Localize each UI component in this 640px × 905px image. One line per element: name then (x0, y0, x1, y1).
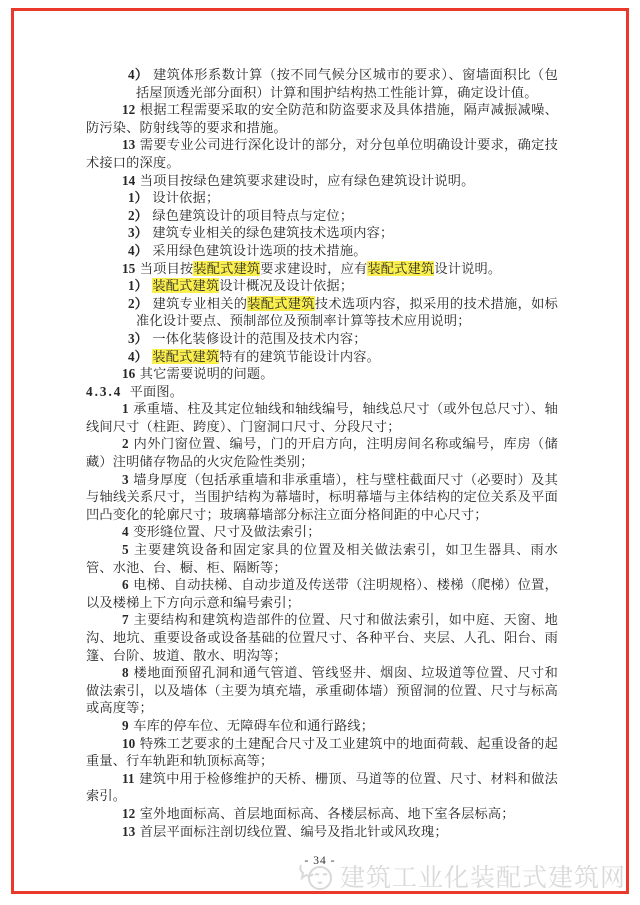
paragraph: 3墙身厚度（包括承重墙和非承重墙），柱与壁柱截面尺寸（必要时）及其与轴线关系尺寸… (86, 471, 558, 524)
paragraph: 14当项目按绿色建筑要求建设时，应有绿色建筑设计说明。 (86, 172, 558, 190)
highlighted-text: 装配式建筑 (193, 261, 260, 276)
highlighted-text: 装配式建筑 (152, 349, 219, 364)
paragraph-number: 8 (122, 665, 129, 680)
text-run: 其它需要说明的问题。 (140, 366, 274, 381)
text-run: 建筑中用于检修维护的天桥、栅顶、马道等的位置、尺寸、材料和做法索引。 (86, 771, 558, 804)
paragraph: 1）装配式建筑设计概况及设计依据； (86, 277, 558, 295)
text-run: 首层平面标注剖切线位置、编号及指北针或风玫瑰； (140, 824, 448, 839)
paragraph-number: 4） (128, 349, 148, 364)
text-run: 采用绿色建筑设计选项的技术措施。 (152, 243, 366, 258)
paragraph-number: 11 (122, 771, 134, 786)
paragraph: 5主要建筑设备和固定家具的位置及相关做法索引，如卫生器具、雨水管、水池、台、橱、… (86, 541, 558, 576)
text-run: 电梯、自动扶梯、自动步道及传送带（注明规格）、楼梯（爬梯）位置，以及楼梯上下方向… (86, 577, 558, 610)
text-run: 建筑体形系数计算（按不同气候分区城市的要求）、窗墙面积比（包括屋顶透光部分面积）… (136, 67, 558, 100)
paragraph: 15当项目按装配式建筑要求建设时，应有装配式建筑设计说明。 (86, 260, 558, 278)
text-run: 内外门窗位置、编号，门的开启方向，注明房间名称或编号，库房（储藏）注明储存物品的… (86, 436, 558, 469)
paragraph-number: 1） (128, 278, 148, 293)
paragraph: 13首层平面标注剖切线位置、编号及指北针或风玫瑰； (86, 823, 558, 841)
text-run: 建筑专业相关的 (153, 296, 248, 311)
text-run: 特有的建筑节能设计内容。 (219, 349, 380, 364)
paragraph: 3）建筑专业相关的绿色建筑技术选项内容； (86, 224, 558, 242)
paragraph-number: 13 (122, 824, 135, 839)
paragraph-number: 9 (122, 718, 129, 733)
paragraph: 2）建筑专业相关的装配式建筑技术选项内容，拟采用的技术措施，如标准化设计要点、预… (86, 295, 558, 330)
text-run: 平面图。 (130, 384, 184, 399)
paragraph-number: 2） (128, 296, 148, 311)
paragraph-number: 7 (122, 612, 129, 627)
text-run: 设计概况及设计依据； (219, 278, 353, 293)
watermark: 建筑工业化装配式建筑网 (298, 858, 626, 894)
paragraph: 16其它需要说明的问题。 (86, 365, 558, 383)
text-run: 需要专业公司进行深化设计的部分，对分包单位明确设计要求，确定技术接口的深度。 (86, 137, 558, 170)
paragraph-number: 2 (122, 436, 129, 451)
watermark-logo-icon (298, 859, 336, 893)
paragraph-number: 12 (122, 102, 135, 117)
highlighted-text: 装配式建筑 (367, 261, 434, 276)
paragraph-number: 6 (122, 577, 129, 592)
text-run: 一体化装修设计的范围及技术内容； (152, 331, 366, 346)
paragraph-number: 13 (122, 137, 135, 152)
paragraph: 4）采用绿色建筑设计选项的技术措施。 (86, 242, 558, 260)
text-run: 主要结构和建筑构造部件的位置、尺寸和做法索引，如中庭、天窗、地沟、地坑、重要设备… (86, 612, 558, 662)
text-run: 车库的停车位、无障碍车位和通行路线； (133, 718, 374, 733)
paragraph-number: 3） (128, 331, 148, 346)
paragraph: 1）设计依据； (86, 189, 558, 207)
document-body: 4）建筑体形系数计算（按不同气候分区城市的要求）、窗墙面积比（包括屋顶透光部分面… (86, 66, 558, 840)
highlighted-text: 装配式建筑 (152, 278, 219, 293)
paragraph: 13需要专业公司进行深化设计的部分，对分包单位明确设计要求，确定技术接口的深度。 (86, 136, 558, 171)
section-heading: 4.3.4平面图。 (86, 383, 558, 401)
text-run: 建筑专业相关的绿色建筑技术选项内容； (152, 225, 393, 240)
text-run: 当项目按绿色建筑要求建设时，应有绿色建筑设计说明。 (140, 173, 475, 188)
paragraph-number: 14 (122, 173, 135, 188)
paragraph-number: 1） (128, 190, 148, 205)
paragraph: 4）装配式建筑特有的建筑节能设计内容。 (86, 348, 558, 366)
paragraph: 2）绿色建筑设计的项目特点与定位； (86, 207, 558, 225)
text-run: 要求建设时，应有 (260, 261, 367, 276)
paragraph-number: 16 (122, 366, 135, 381)
text-run: 承重墙、柱及其定位轴线和轴线编号，轴线总尺寸（或外包总尺寸）、轴线间尺寸（柱距、… (86, 401, 558, 434)
paragraph: 2内外门窗位置、编号，门的开启方向，注明房间名称或编号，库房（储藏）注明储存物品… (86, 435, 558, 470)
paragraph-number: 4） (128, 243, 148, 258)
paragraph: 4变形缝位置、尺寸及做法索引； (86, 523, 558, 541)
paragraph: 12室外地面标高、首层地面标高、各楼层标高、地下室各层标高； (86, 805, 558, 823)
paragraph: 4）建筑体形系数计算（按不同气候分区城市的要求）、窗墙面积比（包括屋顶透光部分面… (86, 66, 558, 101)
paragraph: 1承重墙、柱及其定位轴线和轴线编号，轴线总尺寸（或外包总尺寸）、轴线间尺寸（柱距… (86, 400, 558, 435)
text-run: 特殊工艺要求的土建配合尺寸及工业建筑中的地面荷载、起重设备的起重量、行车轨距和轨… (86, 736, 558, 769)
paragraph-number: 3 (122, 472, 129, 487)
paragraph-number: 4.3.4 (86, 384, 122, 399)
paragraph: 9车库的停车位、无障碍车位和通行路线； (86, 717, 558, 735)
paragraph-number: 4） (128, 67, 148, 82)
paragraph: 3）一体化装修设计的范围及技术内容； (86, 330, 558, 348)
paragraph: 11建筑中用于检修维护的天桥、栅顶、马道等的位置、尺寸、材料和做法索引。 (86, 770, 558, 805)
paragraph: 10特殊工艺要求的土建配合尺寸及工业建筑中的地面荷载、起重设备的起重量、行车轨距… (86, 735, 558, 770)
paragraph-number: 5 (122, 542, 129, 557)
paragraph-number: 15 (122, 261, 135, 276)
text-run: 室外地面标高、首层地面标高、各楼层标高、地下室各层标高； (140, 806, 515, 821)
paragraph-number: 4 (122, 524, 129, 539)
paragraph-number: 2） (128, 208, 148, 223)
paragraph: 6电梯、自动扶梯、自动步道及传送带（注明规格）、楼梯（爬梯）位置，以及楼梯上下方… (86, 576, 558, 611)
paragraph-number: 12 (122, 806, 135, 821)
paragraph-number: 10 (122, 736, 135, 751)
text-run: 设计说明。 (434, 261, 501, 276)
text-run: 当项目按 (140, 261, 194, 276)
text-run: 楼地面预留孔洞和通气管道、管线竖井、烟囱、垃圾道等位置、尺寸和做法索引，以及墙体… (86, 665, 558, 715)
paragraph: 8楼地面预留孔洞和通气管道、管线竖井、烟囱、垃圾道等位置、尺寸和做法索引，以及墙… (86, 664, 558, 717)
watermark-text: 建筑工业化装配式建筑网 (340, 858, 626, 894)
text-run: 墙身厚度（包括承重墙和非承重墙），柱与壁柱截面尺寸（必要时）及其与轴线关系尺寸，… (86, 472, 558, 522)
paragraph-number: 1 (122, 401, 129, 416)
paragraph: 12根据工程需要采取的安全防范和防盗要求及具体措施，隔声减振减噪、防污染、防射线… (86, 101, 558, 136)
text-run: 绿色建筑设计的项目特点与定位； (152, 208, 353, 223)
highlighted-text: 装配式建筑 (247, 296, 315, 311)
paragraph-number: 3） (128, 225, 148, 240)
text-run: 主要建筑设备和固定家具的位置及相关做法索引，如卫生器具、雨水管、水池、台、橱、柜… (86, 542, 558, 575)
text-run: 设计依据； (152, 190, 219, 205)
paragraph: 7主要结构和建筑构造部件的位置、尺寸和做法索引，如中庭、天窗、地沟、地坑、重要设… (86, 611, 558, 664)
text-run: 根据工程需要采取的安全防范和防盗要求及具体措施，隔声减振减噪、防污染、防射线等的… (86, 102, 558, 135)
text-run: 变形缝位置、尺寸及做法索引； (133, 524, 320, 539)
